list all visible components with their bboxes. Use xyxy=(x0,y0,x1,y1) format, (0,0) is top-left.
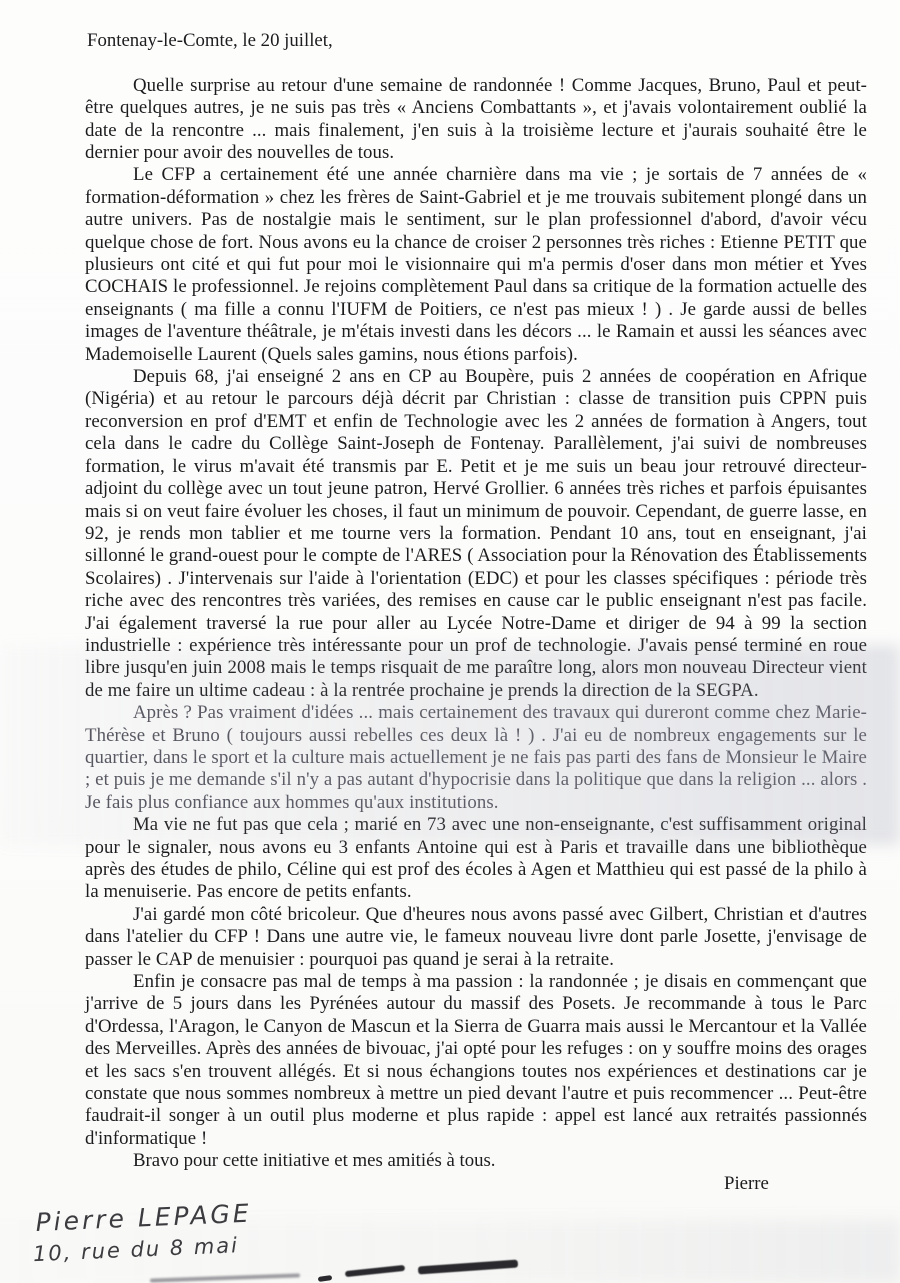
letter-paragraph: Le CFP a certainement été une année char… xyxy=(85,164,867,366)
scanned-letter-page: Fontenay-le-Comte, le 20 juillet, Quelle… xyxy=(0,0,900,1283)
handwritten-scribble-fragment xyxy=(418,1260,518,1275)
letter-body: Fontenay-le-Comte, le 20 juillet, Quelle… xyxy=(0,0,900,1195)
handwritten-sender-address: 10, rue du 8 mai xyxy=(32,1233,253,1267)
signature-name: Pierre xyxy=(724,1173,867,1195)
letter-paragraph: J'ai gardé mon côté bricoleur. Que d'heu… xyxy=(85,904,867,971)
handwritten-note: Pierre LEPAGE 10, rue du 8 mai xyxy=(35,1199,253,1266)
letter-paragraph: Enfin je consacre pas mal de temps à ma … xyxy=(85,971,867,1150)
letter-paragraph: Ma vie ne fut pas que cela ; marié en 73… xyxy=(85,814,867,904)
letter-paragraph-faded: Après ? Pas vraiment d'idées ... mais ce… xyxy=(85,702,867,814)
letter-closing-line: Bravo pour cette initiative et mes amiti… xyxy=(85,1150,867,1172)
letter-paragraph: Quelle surprise au retour d'une semaine … xyxy=(85,75,867,165)
handwritten-sender-name: Pierre LEPAGE xyxy=(35,1199,252,1237)
handwritten-scribble-fragment xyxy=(150,1273,300,1282)
handwritten-scribble-fragment xyxy=(318,1275,333,1282)
letter-paragraph: Depuis 68, j'ai enseigné 2 ans en CP au … xyxy=(85,366,867,702)
handwritten-scribble-fragment xyxy=(345,1265,405,1277)
letter-dateline: Fontenay-le-Comte, le 20 juillet, xyxy=(87,30,867,52)
